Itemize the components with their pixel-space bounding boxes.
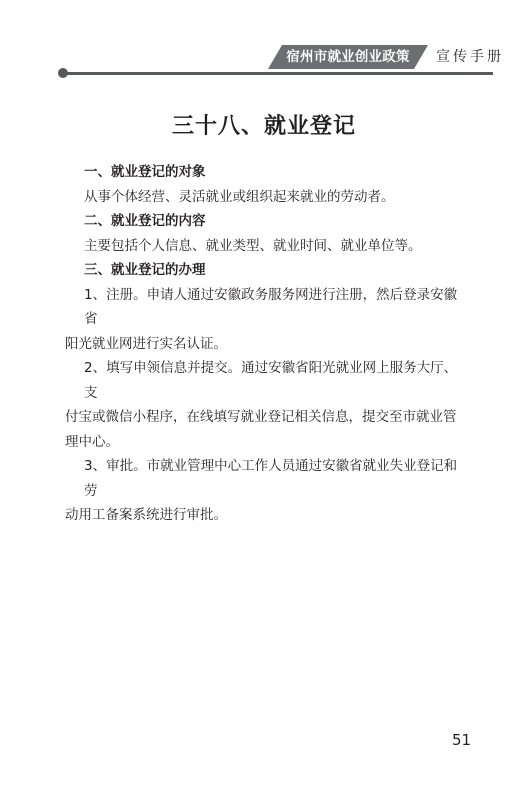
header-band-title: 宿州市就业创业政策	[282, 47, 414, 67]
step-line-first: 3、审批。市就业管理中心工作人员通过安徽省就业失业登记和劳	[65, 454, 469, 503]
header-rule	[63, 72, 493, 75]
section-heading: 一、就业登记的对象	[84, 160, 469, 185]
section-heading: 二、就业登记的内容	[84, 209, 469, 234]
section-heading: 三、就业登记的办理	[84, 258, 469, 283]
header-subtitle: 宣传手册	[436, 46, 504, 68]
step-line-first: 2、填写申领信息并提交。通过安徽省阳光就业网上服务大厅、支	[65, 356, 469, 405]
step-line-first: 1、注册。申请人通过安徽政务服务网进行注册，然后登录安徽省	[65, 283, 469, 332]
step-line-rest: 阳光就业网进行实名认证。	[65, 332, 469, 357]
section-body: 主要包括个人信息、就业类型、就业时间、就业单位等。	[84, 234, 469, 259]
step-line-rest: 动用工备案系统进行审批。	[65, 503, 469, 528]
step-paragraph: 2、填写申领信息并提交。通过安徽省阳光就业网上服务大厅、支 付宝或微信小程序，在…	[65, 356, 469, 454]
step-paragraph: 1、注册。申请人通过安徽政务服务网进行注册，然后登录安徽省 阳光就业网进行实名认…	[65, 283, 469, 357]
step-line-rest: 付宝或微信小程序，在线填写就业登记相关信息，提交至市就业管理中心。	[65, 405, 469, 454]
section-body: 从事个体经营、灵活就业或组织起来就业的劳动者。	[84, 185, 469, 210]
header-dot	[58, 68, 68, 78]
page-number: 51	[452, 730, 471, 750]
page-title: 三十八、就业登记	[0, 111, 528, 141]
page-content: 一、就业登记的对象 从事个体经营、灵活就业或组织起来就业的劳动者。 二、就业登记…	[84, 160, 469, 528]
step-paragraph: 3、审批。市就业管理中心工作人员通过安徽省就业失业登记和劳 动用工备案系统进行审…	[65, 454, 469, 528]
